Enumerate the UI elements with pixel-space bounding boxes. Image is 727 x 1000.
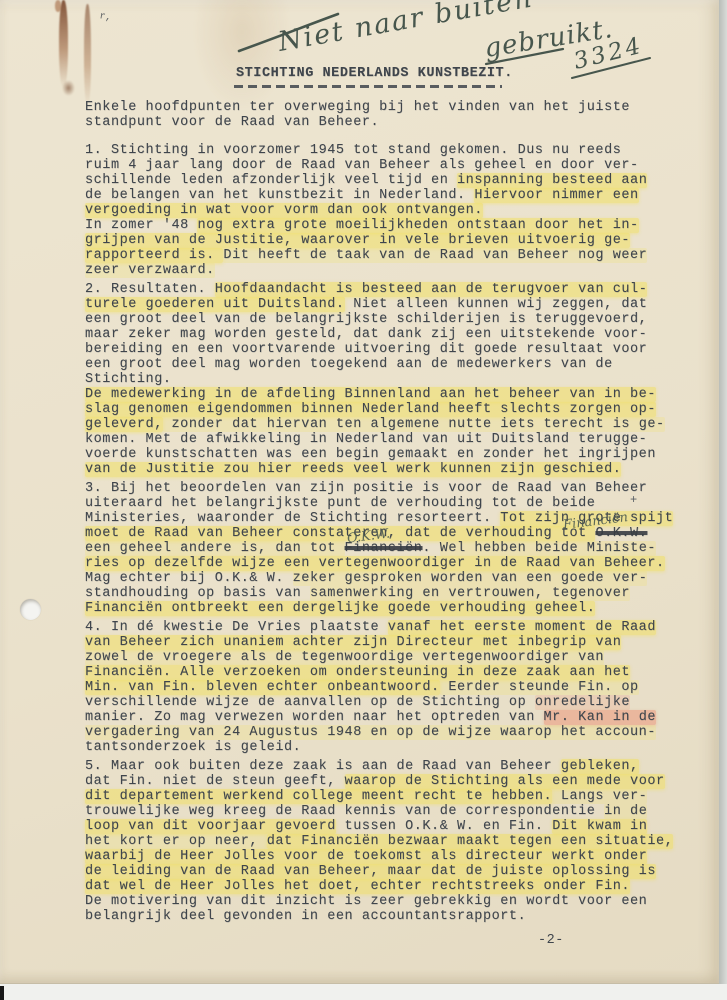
document-line: vergadering van 24 Augustus 1948 en op d… [85, 725, 695, 740]
document-line: 4. In dé kwestie De Vries plaatste vanaf… [85, 620, 695, 635]
text-segment: standpunt voor de Raad van Beheer. [85, 115, 379, 130]
text-segment: rapporteerd is. [85, 248, 223, 263]
document-line: Mag echter bij O.K.& W. zeker gesproken … [85, 571, 695, 586]
text-segment: vergoeding in wat voor vorm dan ook ontv… [85, 203, 483, 218]
document-line: de belangen van het kunstbezit in Nederl… [85, 188, 695, 203]
text-segment: komen. Met de afwikkeling in Nederland v… [85, 432, 647, 447]
text-segment: samenwerking en vertrouwen, tegenover [310, 586, 630, 601]
document-line: 1. Stichting in voorzomer 1945 tot stand… [85, 143, 695, 158]
document-body: Enkele hoofdpunten ter overweging bij he… [85, 100, 695, 928]
text-segment: loop van dit voorjaar gevoerd [85, 819, 336, 834]
text-segment: een groot deel mag worden toegekend aan … [85, 357, 613, 372]
text-segment: gebleken, [561, 759, 639, 774]
document-line: grijpen van de Justitie, waarover in vel… [85, 233, 695, 248]
text-segment: 3. Bij het beoordelen van zijn positie i… [85, 481, 647, 496]
document-line: waarbij de Heer Jolles voor de toekomst … [85, 849, 695, 864]
text-segment: voerde kunstschatten was een begin gemaa… [85, 447, 656, 462]
document-line: Financiën. Alle verzoeken om ondersteuni… [85, 665, 695, 680]
text-segment: Hoofdaandacht is besteed aan de terugvoe… [215, 282, 648, 297]
text-segment: trouwelijke weg kreeg de Raad kennis van… [85, 804, 604, 819]
text-segment: dat Financiën bezwaar maakt tegen een si… [267, 834, 674, 849]
text-segment: grijpen van de Justitie, waarover in vel… [85, 233, 630, 248]
text-segment: tussen O.K.& W. en Fin. [336, 819, 552, 834]
text-segment: standhouding op basis van [85, 586, 310, 601]
text-segment: waarbij de Heer Jolles voor de toekomst … [85, 849, 647, 864]
document-line: Financiën ontbreekt een dergelijke goede… [85, 601, 695, 616]
text-segment: dit departement werkend college meent re… [85, 789, 552, 804]
text-segment: zowel de vroegere als de tegenwoordige v… [85, 650, 604, 665]
document-line: standhouding op basis van samenwerking e… [85, 586, 695, 601]
document-line: manier. Zo mag verwezen worden naar het … [85, 710, 695, 725]
text-segment: in de [604, 804, 647, 819]
text-segment: Niet alleen kunnen wij zeggen, dat [345, 297, 648, 312]
text-segment: Hiervoor nimmer een [474, 188, 638, 203]
text-segment: een geheel andere is, dan tot [85, 541, 345, 556]
text-segment: manier. Zo mag verwezen worden naar het … [85, 710, 544, 725]
text-segment: ruim 4 jaar lang door de Raad van Beheer… [85, 158, 639, 173]
text-segment: verschillende wijze de aanvallen op de S… [85, 695, 535, 710]
document-line: 5. Maar ook buiten deze zaak is aan de R… [85, 759, 695, 774]
document-line: Stichting. [85, 372, 695, 387]
paragraph-5: 5. Maar ook buiten deze zaak is aan de R… [85, 759, 695, 924]
text-segment: Dit kwam in [552, 819, 647, 834]
scanner-background [0, 984, 727, 1000]
document-line: het kort er op neer, dat Financiën bezwa… [85, 834, 695, 849]
text-segment: slag genomen eigendommen binnen Nederlan… [85, 402, 656, 417]
text-segment: uiteraard het belangrijkste punt de verh… [85, 496, 595, 511]
text-segment: De medewerking in de afdeling Binnenland… [85, 387, 656, 402]
text-segment: Dit heeft de taak van de Raad van Beheer… [223, 248, 647, 263]
document-line: uiteraard het belangrijkste punt de verh… [85, 496, 695, 511]
document-line: ruim 4 jaar lang door de Raad van Beheer… [85, 158, 695, 173]
text-segment: vanaf het eerste moment de Raad [388, 620, 656, 635]
text-segment: Min. van Fin. bleven echter onbeantwoord… [85, 680, 440, 695]
document-line: slag genomen eigendommen binnen Nederlan… [85, 402, 695, 417]
document-line: rapporteerd is. Dit heeft de taak van de… [85, 248, 695, 263]
document-title: STICHTING NEDERLANDS KUNSTBEZIT. [236, 66, 513, 81]
document-line: belangrijk deel gevonden in een accounta… [85, 909, 695, 924]
document-line: trouwelijke weg kreeg de Raad kennis van… [85, 804, 695, 819]
document-line: komen. Met de afwikkeling in Nederland v… [85, 432, 695, 447]
document-line: dit departement werkend college meent re… [85, 789, 695, 804]
document-line: vergoeding in wat voor vorm dan ook ontv… [85, 203, 695, 218]
text-segment: waarop de Stichting als een mede voor [345, 774, 665, 789]
text-segment: Enkele hoofdpunten ter overweging bij he… [85, 100, 630, 115]
document-line: dat wel de Heer Jolles het doet, echter … [85, 879, 695, 894]
document-line: turele goederen uit Duitsland. Niet alle… [85, 297, 695, 312]
document-line: van Beheer zich unaniem achter zijn Dire… [85, 635, 695, 650]
text-segment: 5. Maar ook buiten deze zaak is aan de R… [85, 759, 561, 774]
intro: Enkele hoofdpunten ter overweging bij he… [85, 100, 695, 130]
text-segment: maar zeker mag worden gesteld, dat dank … [85, 327, 647, 342]
document-line: dat Fin. niet de steun geeft, waarop de … [85, 774, 695, 789]
scan-edge-background [719, 0, 727, 984]
text-segment: Financiën ontbreekt een dergelijke goede… [85, 601, 595, 616]
text-segment: zonder dat hiervan ten algemene nutte ie… [163, 417, 665, 432]
struck-text: O.K.W.Financiën [595, 526, 647, 541]
text-segment: een groot deel van de belangrijkste schi… [85, 312, 647, 327]
document-line: van de Justitie zou hier reeds veel werk… [85, 462, 695, 477]
paragraph-2: 2. Resultaten. Hoofdaandacht is besteed … [85, 282, 695, 477]
document-line: een groot deel van de belangrijkste schi… [85, 312, 695, 327]
text-segment: van Beheer zich unaniem achter zijn Dire… [85, 635, 621, 650]
document-line: een geheel andere is, dan tot FinanciënO… [85, 541, 695, 556]
document-line: De medewerking in de afdeling Binnenland… [85, 387, 695, 402]
text-segment: nog extra grote moeilijkheden ontstaan d… [197, 218, 638, 233]
document-line: standpunt voor de Raad van Beheer. [85, 115, 695, 130]
text-segment: Ministeries, waaronder de Stichting reso… [85, 511, 500, 526]
text-segment: zeker gesproken worden van een goede ver… [293, 571, 648, 586]
paragraph-1: 1. Stichting in voorzomer 1945 tot stand… [85, 143, 695, 278]
text-segment: Financiën. Alle verzoeken om ondersteuni… [85, 665, 630, 680]
document-line: voerde kunstschatten was een begin gemaa… [85, 447, 695, 462]
scan-edge-artifact [0, 986, 4, 1000]
paper-sheet: r, Niet naar buiten gebruikt. 3324 STICH… [0, 0, 719, 984]
text-segment: dat wel de Heer Jolles het doet, echter … [85, 879, 630, 894]
text-segment: van de Justitie zou hier reeds veel werk… [85, 462, 621, 477]
text-segment: Mag echter bij O.K.& W. [85, 571, 293, 586]
text-segment: schillende leden afzonderlijk veel tijd … [85, 173, 457, 188]
text-segment: geleverd, [85, 417, 163, 432]
document-line: De motivering van dit inzicht is zeer ge… [85, 894, 695, 909]
document-line: een groot deel mag worden toegekend aan … [85, 357, 695, 372]
text-segment: Stichting. [85, 372, 172, 387]
document-line: 3. Bij het beoordelen van zijn positie i… [85, 481, 695, 496]
text-segment: De motivering van dit inzicht is zeer ge… [85, 894, 647, 909]
title-underline [234, 85, 502, 88]
text-segment: tantsonderzoek is geleid. [85, 740, 301, 755]
document-line: geleverd, zonder dat hiervan ten algemen… [85, 417, 695, 432]
text-segment: In zomer '48 [85, 218, 197, 233]
paragraph-3: 3. Bij het beoordelen van zijn positie i… [85, 481, 695, 616]
document-line: ries op dezelfde wijze een vertegenwoord… [85, 556, 695, 571]
text-segment: de leiding van de Raad van Beheer, maar … [85, 864, 656, 879]
text-segment: 4. In dé kwestie De Vries plaatste [85, 620, 388, 635]
text-segment: dat Fin. niet de steun geeft, [85, 774, 345, 789]
text-segment: turele goederen uit Duitsland. [85, 297, 345, 312]
document-line: verschillende wijze de aanvallen op de S… [85, 695, 695, 710]
text-segment: Langs ver- [552, 789, 647, 804]
text-segment: zeer verzwaard. [85, 263, 215, 278]
text-segment: Eerder steunde Fin. op [440, 680, 639, 695]
document-line: 2. Resultaten. Hoofdaandacht is besteed … [85, 282, 695, 297]
document-line: tantsonderzoek is geleid. [85, 740, 695, 755]
document-line: maar zeker mag worden gesteld, dat dank … [85, 327, 695, 342]
text-segment: het kort er op neer, [85, 834, 267, 849]
text-segment: Wel hebben beide Ministe- [440, 541, 656, 556]
document-line: schillende leden afzonderlijk veel tijd … [85, 173, 695, 188]
document-line: bereiding en een voortvarende uitvoering… [85, 342, 695, 357]
text-segment: inspanning besteed aan [457, 173, 647, 188]
text-segment: . [422, 541, 439, 556]
punch-hole [20, 599, 41, 620]
document-line: zowel de vroegere als de tegenwoordige v… [85, 650, 695, 665]
margin-plus-mark: + [630, 493, 637, 507]
document-line: loop van dit voorjaar gevoerd tussen O.K… [85, 819, 695, 834]
document-line: de leiding van de Raad van Beheer, maar … [85, 864, 695, 879]
text-segment: bereiding en een voortvarende uitvoering… [85, 342, 647, 357]
document-line: Enkele hoofdpunten ter overweging bij he… [85, 100, 695, 115]
text-segment: 2. Resultaten. [85, 282, 215, 297]
text-segment: de belangen van het kunstbezit in Nederl… [85, 188, 474, 203]
document-line: Min. van Fin. bleven echter onbeantwoord… [85, 680, 695, 695]
paragraph-4: 4. In dé kwestie De Vries plaatste vanaf… [85, 620, 695, 755]
page-number: -2- [538, 933, 564, 948]
document-line: zeer verzwaard. [85, 263, 695, 278]
scanned-document: { "colors":{ "paper":"#eae1cb", "ink":"#… [0, 0, 727, 1000]
struck-text: FinanciënO.K.W. [345, 541, 423, 556]
text-segment: belangrijk deel gevonden in een accounta… [85, 909, 526, 924]
text-segment: Mr. Kan in de [544, 710, 656, 725]
text-segment: ries op dezelfde wijze een vertegenwoord… [85, 556, 665, 571]
text-segment: 1. Stichting in voorzomer 1945 tot stand… [85, 143, 621, 158]
text-segment: onredelijke [535, 695, 630, 710]
text-segment: vergadering van 24 Augustus 1948 en op d… [85, 725, 656, 740]
document-line: In zomer '48 nog extra grote moeilijkhed… [85, 218, 695, 233]
text-segment: moet de Raad van Beheer constateren, dat… [85, 526, 595, 541]
